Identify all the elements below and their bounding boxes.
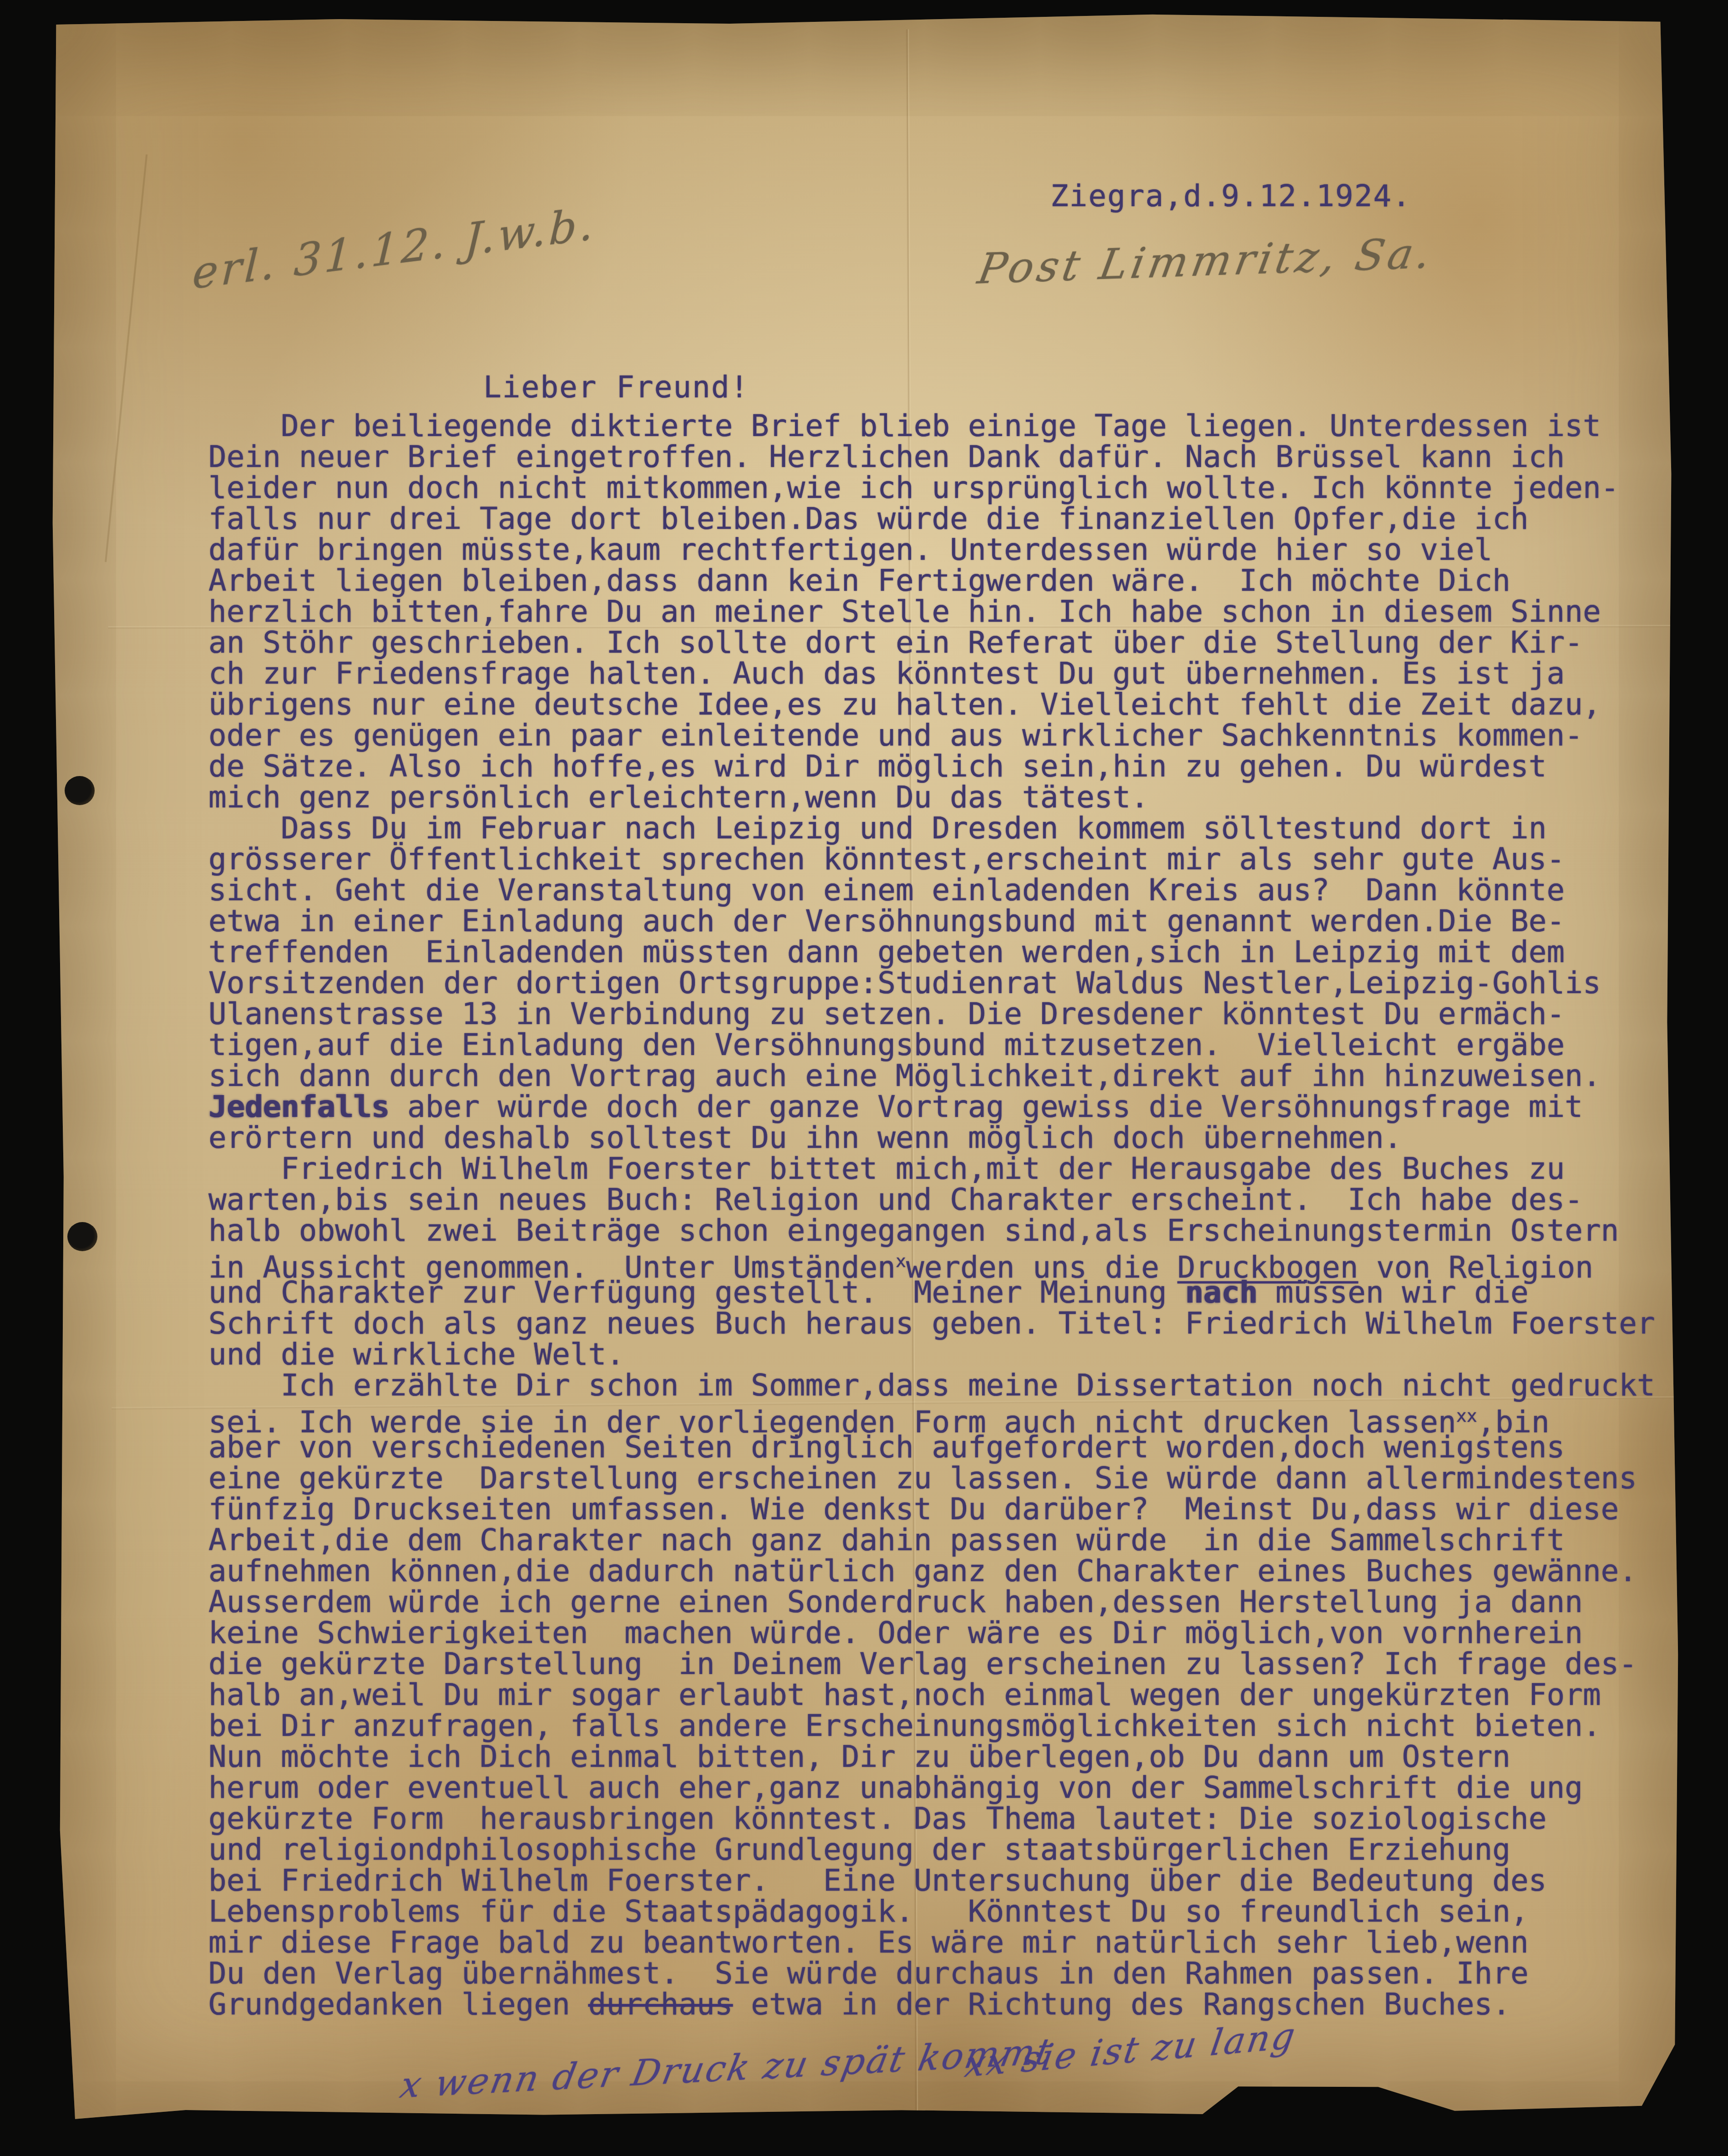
typed-line-44: Nun möchte ich Dich einmal bitten, Dir z… <box>208 1741 1678 1772</box>
scan-background: erl. 31.12. J.w.b. Ziegra,d.9.12.1924. P… <box>0 0 1728 2156</box>
typed-line-15: grösserer Öffentlichkeit sprechen könnte… <box>208 844 1678 875</box>
typed-line-51: Du den Verlag übernähmest. Sie würde dur… <box>208 1958 1678 1989</box>
typed-line-27: halb obwohl zwei Beiträge schon eingegan… <box>208 1215 1678 1246</box>
typed-line-22: sich dann durch den Vortrag auch eine Mö… <box>208 1060 1678 1091</box>
typed-line-50: mir diese Frage bald zu beantworten. Es … <box>208 1927 1678 1958</box>
typed-line-3: leider nun doch nicht mitkommen,wie ich … <box>208 472 1678 503</box>
typed-line-18: treffenden Einladenden müssten dann gebe… <box>208 937 1678 968</box>
punch-hole-bottom <box>67 1222 97 1251</box>
typed-line-30: Schrift doch als ganz neues Buch heraus … <box>208 1308 1678 1339</box>
typed-line-37: Arbeit,die dem Charakter nach ganz dahin… <box>208 1525 1678 1556</box>
typed-line-33: sei. Ich werde sie in der vorliegenden F… <box>208 1401 1678 1432</box>
date-line: Ziegra,d.9.12.1924. <box>1050 178 1411 213</box>
letter-body: Der beiliegende diktierte Brief blieb ei… <box>208 411 1678 2020</box>
typed-line-9: ch zur Friedensfrage halten. Auch das kö… <box>208 658 1678 689</box>
typed-line-17: etwa in einer Einladung auch der Versöhn… <box>208 906 1678 937</box>
diagonal-crease <box>105 154 147 562</box>
typed-line-38: aufnehmen können,die dadurch natürlich g… <box>208 1556 1678 1587</box>
typed-line-45: herum oder eventuell auch eher,ganz unab… <box>208 1772 1678 1803</box>
typed-line-5: dafür bringen müsste,kaum rechtfertigen.… <box>208 534 1678 565</box>
typed-line-6: Arbeit liegen bleiben,dass dann kein Fer… <box>208 565 1678 596</box>
typed-line-13: mich genz persönlich erleichtern,wenn Du… <box>208 782 1678 813</box>
typed-line-35: eine gekürzte Darstellung erscheinen zu … <box>208 1463 1678 1494</box>
typed-line-34: aber von verschiedenen Seiten dringlich … <box>208 1432 1678 1463</box>
typed-line-42: halb an,weil Du mir sogar erlaubt hast,n… <box>208 1679 1678 1710</box>
typed-line-24: erörtern und deshalb solltest Du ihn wen… <box>208 1122 1678 1153</box>
typed-line-26: warten,bis sein neues Buch: Religion und… <box>208 1184 1678 1215</box>
salutation: Lieber Freund! <box>483 370 749 405</box>
typed-line-47: und religiondphilosophische Grundlegung … <box>208 1834 1678 1865</box>
typed-line-12: de Sätze. Also ich hoffe,es wird Dir mög… <box>208 751 1678 782</box>
typed-line-7: herzlich bitten,fahre Du an meiner Stell… <box>208 596 1678 627</box>
typed-line-43: bei Dir anzufragen, falls andere Erschei… <box>208 1710 1678 1741</box>
typed-line-39: Ausserdem würde ich gerne einen Sonderdr… <box>208 1587 1678 1618</box>
typed-line-20: Ulanenstrasse 13 in Verbindung zu setzen… <box>208 999 1678 1030</box>
typed-line-21: tigen,auf die Einladung den Versöhnungsb… <box>208 1030 1678 1060</box>
typed-line-41: die gekürzte Darstellung in Deinem Verla… <box>208 1649 1678 1679</box>
typed-line-29: und Charakter zur Verfügung gestellt. Me… <box>208 1277 1678 1308</box>
typed-line-25: Friedrich Wilhelm Foerster bittet mich,m… <box>208 1153 1678 1184</box>
typed-line-32: Ich erzählte Dir schon im Sommer,dass me… <box>208 1370 1678 1401</box>
typed-line-52: Grundgedanken liegen durchaus etwa in de… <box>208 1989 1678 2020</box>
typed-line-40: keine Schwierigkeiten machen würde. Oder… <box>208 1618 1678 1649</box>
typed-line-2: Dein neuer Brief eingetroffen. Herzliche… <box>208 441 1678 472</box>
typed-line-28: in Aussicht genommen. Unter Umständenxwe… <box>208 1246 1678 1277</box>
typed-line-31: und die wirkliche Welt. <box>208 1339 1678 1370</box>
typed-line-14: Dass Du im Februar nach Leipzig und Dres… <box>208 813 1678 844</box>
typed-line-23: Jedenfalls aber würde doch der ganze Vor… <box>208 1091 1678 1122</box>
typed-line-19: Vorsitzenden der dortigen Ortsgruppe:Stu… <box>208 968 1678 999</box>
typed-line-4: falls nur drei Tage dort bleiben.Das wür… <box>208 503 1678 534</box>
typed-line-8: an Stöhr geschrieben. Ich sollte dort ei… <box>208 627 1678 658</box>
typed-line-16: sicht. Geht die Veranstaltung von einem … <box>208 875 1678 906</box>
typed-line-1: Der beiliegende diktierte Brief blieb ei… <box>208 411 1678 441</box>
typed-line-11: oder es genügen ein paar einleitende und… <box>208 720 1678 751</box>
typed-line-10: übrigens nur eine deutsche Idee,es zu ha… <box>208 689 1678 720</box>
typed-line-48: bei Friedrich Wilhelm Foerster. Eine Unt… <box>208 1865 1678 1896</box>
typed-line-46: gekürzte Form herausbringen könntest. Da… <box>208 1803 1678 1834</box>
typed-line-36: fünfzig Druckseiten umfassen. Wie denkst… <box>208 1494 1678 1525</box>
punch-hole-top <box>65 776 95 805</box>
typed-line-49: Lebensproblems für die Staatspädagogik. … <box>208 1896 1678 1927</box>
